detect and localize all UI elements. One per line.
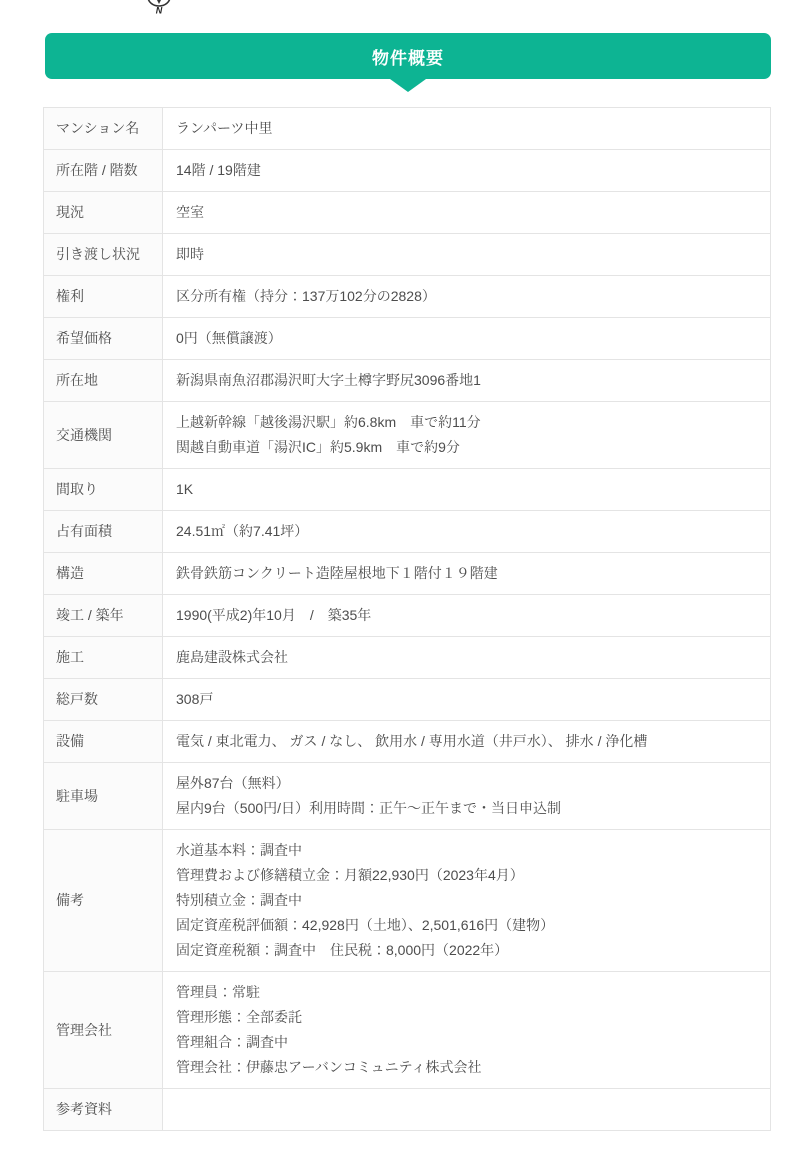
table-row: 希望価格0円（無償譲渡） xyxy=(44,318,770,360)
row-value-line: 管理員：常駐 xyxy=(176,980,760,1005)
row-value: 14階 / 19階建 xyxy=(163,150,770,191)
table-row: 交通機関上越新幹線「越後湯沢駅」約6.8km 車で約11分関越自動車道「湯沢IC… xyxy=(44,402,770,469)
row-value-line: 1K xyxy=(176,477,760,502)
row-value-line: ランパーツ中里 xyxy=(176,116,760,141)
row-value: 24.51㎡（約7.41坪） xyxy=(163,511,770,552)
row-value: 鹿島建設株式会社 xyxy=(163,637,770,678)
row-label: 参考資料 xyxy=(44,1089,163,1130)
table-row: 間取り1K xyxy=(44,469,770,511)
row-value-line: 即時 xyxy=(176,242,760,267)
row-value: 新潟県南魚沼郡湯沢町大字土樽字野尻3096番地1 xyxy=(163,360,770,401)
table-row: 参考資料 xyxy=(44,1089,770,1131)
svg-text:N: N xyxy=(156,6,163,16)
row-value-line: 0円（無償譲渡） xyxy=(176,326,760,351)
row-value: 屋外87台（無料）屋内9台（500円/日）利用時間：正午～正午まで・当日申込制 xyxy=(163,763,770,829)
table-row: 現況空室 xyxy=(44,192,770,234)
table-row: 総戸数308戸 xyxy=(44,679,770,721)
row-value-line: 308戸 xyxy=(176,687,760,712)
compass-north-icon: N xyxy=(144,0,174,15)
table-row: 施工鹿島建設株式会社 xyxy=(44,637,770,679)
table-row: 管理会社管理員：常駐管理形態：全部委託管理組合：調査中管理会社：伊藤忠アーバンコ… xyxy=(44,972,770,1089)
row-label: 施工 xyxy=(44,637,163,678)
row-value-line: 鹿島建設株式会社 xyxy=(176,645,760,670)
section-banner-bar: 物件概要 xyxy=(45,33,771,79)
table-row: 引き渡し状況即時 xyxy=(44,234,770,276)
section-banner: 物件概要 xyxy=(45,33,771,92)
row-label: 希望価格 xyxy=(44,318,163,359)
row-label: 引き渡し状況 xyxy=(44,234,163,275)
row-label: 権利 xyxy=(44,276,163,317)
row-value-line: 区分所有権（持分：137万102分の2828） xyxy=(176,284,760,309)
table-row: 駐車場屋外87台（無料）屋内9台（500円/日）利用時間：正午～正午まで・当日申… xyxy=(44,763,770,830)
table-row: 占有面積24.51㎡（約7.41坪） xyxy=(44,511,770,553)
row-value: ランパーツ中里 xyxy=(163,108,770,149)
row-value-line: 上越新幹線「越後湯沢駅」約6.8km 車で約11分 xyxy=(176,410,760,435)
row-label: 設備 xyxy=(44,721,163,762)
table-row: マンション名ランパーツ中里 xyxy=(44,108,770,150)
row-label: 備考 xyxy=(44,830,163,971)
row-value-line: 特別積立金：調査中 xyxy=(176,888,760,913)
row-label: 所在階 / 階数 xyxy=(44,150,163,191)
row-label: 竣工 / 築年 xyxy=(44,595,163,636)
table-row: 構造鉄骨鉄筋コンクリート造陸屋根地下１階付１９階建 xyxy=(44,553,770,595)
row-value xyxy=(163,1089,770,1130)
banner-pointer-triangle xyxy=(390,79,426,92)
row-label: 管理会社 xyxy=(44,972,163,1088)
row-value: 空室 xyxy=(163,192,770,233)
row-value-line: 屋外87台（無料） xyxy=(176,771,760,796)
row-value: 即時 xyxy=(163,234,770,275)
row-value: 水道基本料：調査中管理費および修繕積立金：月額22,930円（2023年4月）特… xyxy=(163,830,770,971)
row-value-line: 24.51㎡（約7.41坪） xyxy=(176,519,760,544)
row-value: 308戸 xyxy=(163,679,770,720)
row-label: 構造 xyxy=(44,553,163,594)
row-value-line xyxy=(176,1097,760,1122)
row-value-line: 管理費および修繕積立金：月額22,930円（2023年4月） xyxy=(176,863,760,888)
row-value-line: 空室 xyxy=(176,200,760,225)
row-value-line: 管理組合：調査中 xyxy=(176,1030,760,1055)
table-row: 権利区分所有権（持分：137万102分の2828） xyxy=(44,276,770,318)
row-value-line: 1990(平成2)年10月 / 築35年 xyxy=(176,603,760,628)
row-label: 現況 xyxy=(44,192,163,233)
row-value-line: 鉄骨鉄筋コンクリート造陸屋根地下１階付１９階建 xyxy=(176,561,760,586)
table-row: 所在階 / 階数14階 / 19階建 xyxy=(44,150,770,192)
row-value-line: 管理形態：全部委託 xyxy=(176,1005,760,1030)
row-value: 電気 / 東北電力、 ガス / なし、 飲用水 / 専用水道（井戸水）、 排水 … xyxy=(163,721,770,762)
row-value: 上越新幹線「越後湯沢駅」約6.8km 車で約11分関越自動車道「湯沢IC」約5.… xyxy=(163,402,770,468)
table-row: 設備電気 / 東北電力、 ガス / なし、 飲用水 / 専用水道（井戸水）、 排… xyxy=(44,721,770,763)
row-value-line: 電気 / 東北電力、 ガス / なし、 飲用水 / 専用水道（井戸水）、 排水 … xyxy=(176,729,760,754)
row-value-line: 新潟県南魚沼郡湯沢町大字土樽字野尻3096番地1 xyxy=(176,368,760,393)
row-label: 交通機関 xyxy=(44,402,163,468)
table-row: 所在地新潟県南魚沼郡湯沢町大字土樽字野尻3096番地1 xyxy=(44,360,770,402)
property-spec-table: マンション名ランパーツ中里所在階 / 階数14階 / 19階建現況空室引き渡し状… xyxy=(43,107,771,1131)
row-value: 管理員：常駐管理形態：全部委託管理組合：調査中管理会社：伊藤忠アーバンコミュニテ… xyxy=(163,972,770,1088)
row-value-line: 14階 / 19階建 xyxy=(176,158,760,183)
row-value: 1K xyxy=(163,469,770,510)
table-row: 備考水道基本料：調査中管理費および修繕積立金：月額22,930円（2023年4月… xyxy=(44,830,770,972)
row-label: 総戸数 xyxy=(44,679,163,720)
row-value-line: 関越自動車道「湯沢IC」約5.9km 車で約9分 xyxy=(176,435,760,460)
row-label: 占有面積 xyxy=(44,511,163,552)
table-row: 竣工 / 築年1990(平成2)年10月 / 築35年 xyxy=(44,595,770,637)
row-label: 駐車場 xyxy=(44,763,163,829)
row-value-line: 屋内9台（500円/日）利用時間：正午～正午まで・当日申込制 xyxy=(176,796,760,821)
section-title: 物件概要 xyxy=(372,44,444,69)
row-value-line: 管理会社：伊藤忠アーバンコミュニティ株式会社 xyxy=(176,1055,760,1080)
row-value: 鉄骨鉄筋コンクリート造陸屋根地下１階付１９階建 xyxy=(163,553,770,594)
row-value-line: 固定資産税額：調査中 住民税：8,000円（2022年） xyxy=(176,938,760,963)
row-value-line: 固定資産税評価額：42,928円（土地）、2,501,616円（建物） xyxy=(176,913,760,938)
row-label: 所在地 xyxy=(44,360,163,401)
row-label: 間取り xyxy=(44,469,163,510)
row-value: 0円（無償譲渡） xyxy=(163,318,770,359)
row-value-line: 水道基本料：調査中 xyxy=(176,838,760,863)
row-value: 区分所有権（持分：137万102分の2828） xyxy=(163,276,770,317)
row-value: 1990(平成2)年10月 / 築35年 xyxy=(163,595,770,636)
row-label: マンション名 xyxy=(44,108,163,149)
